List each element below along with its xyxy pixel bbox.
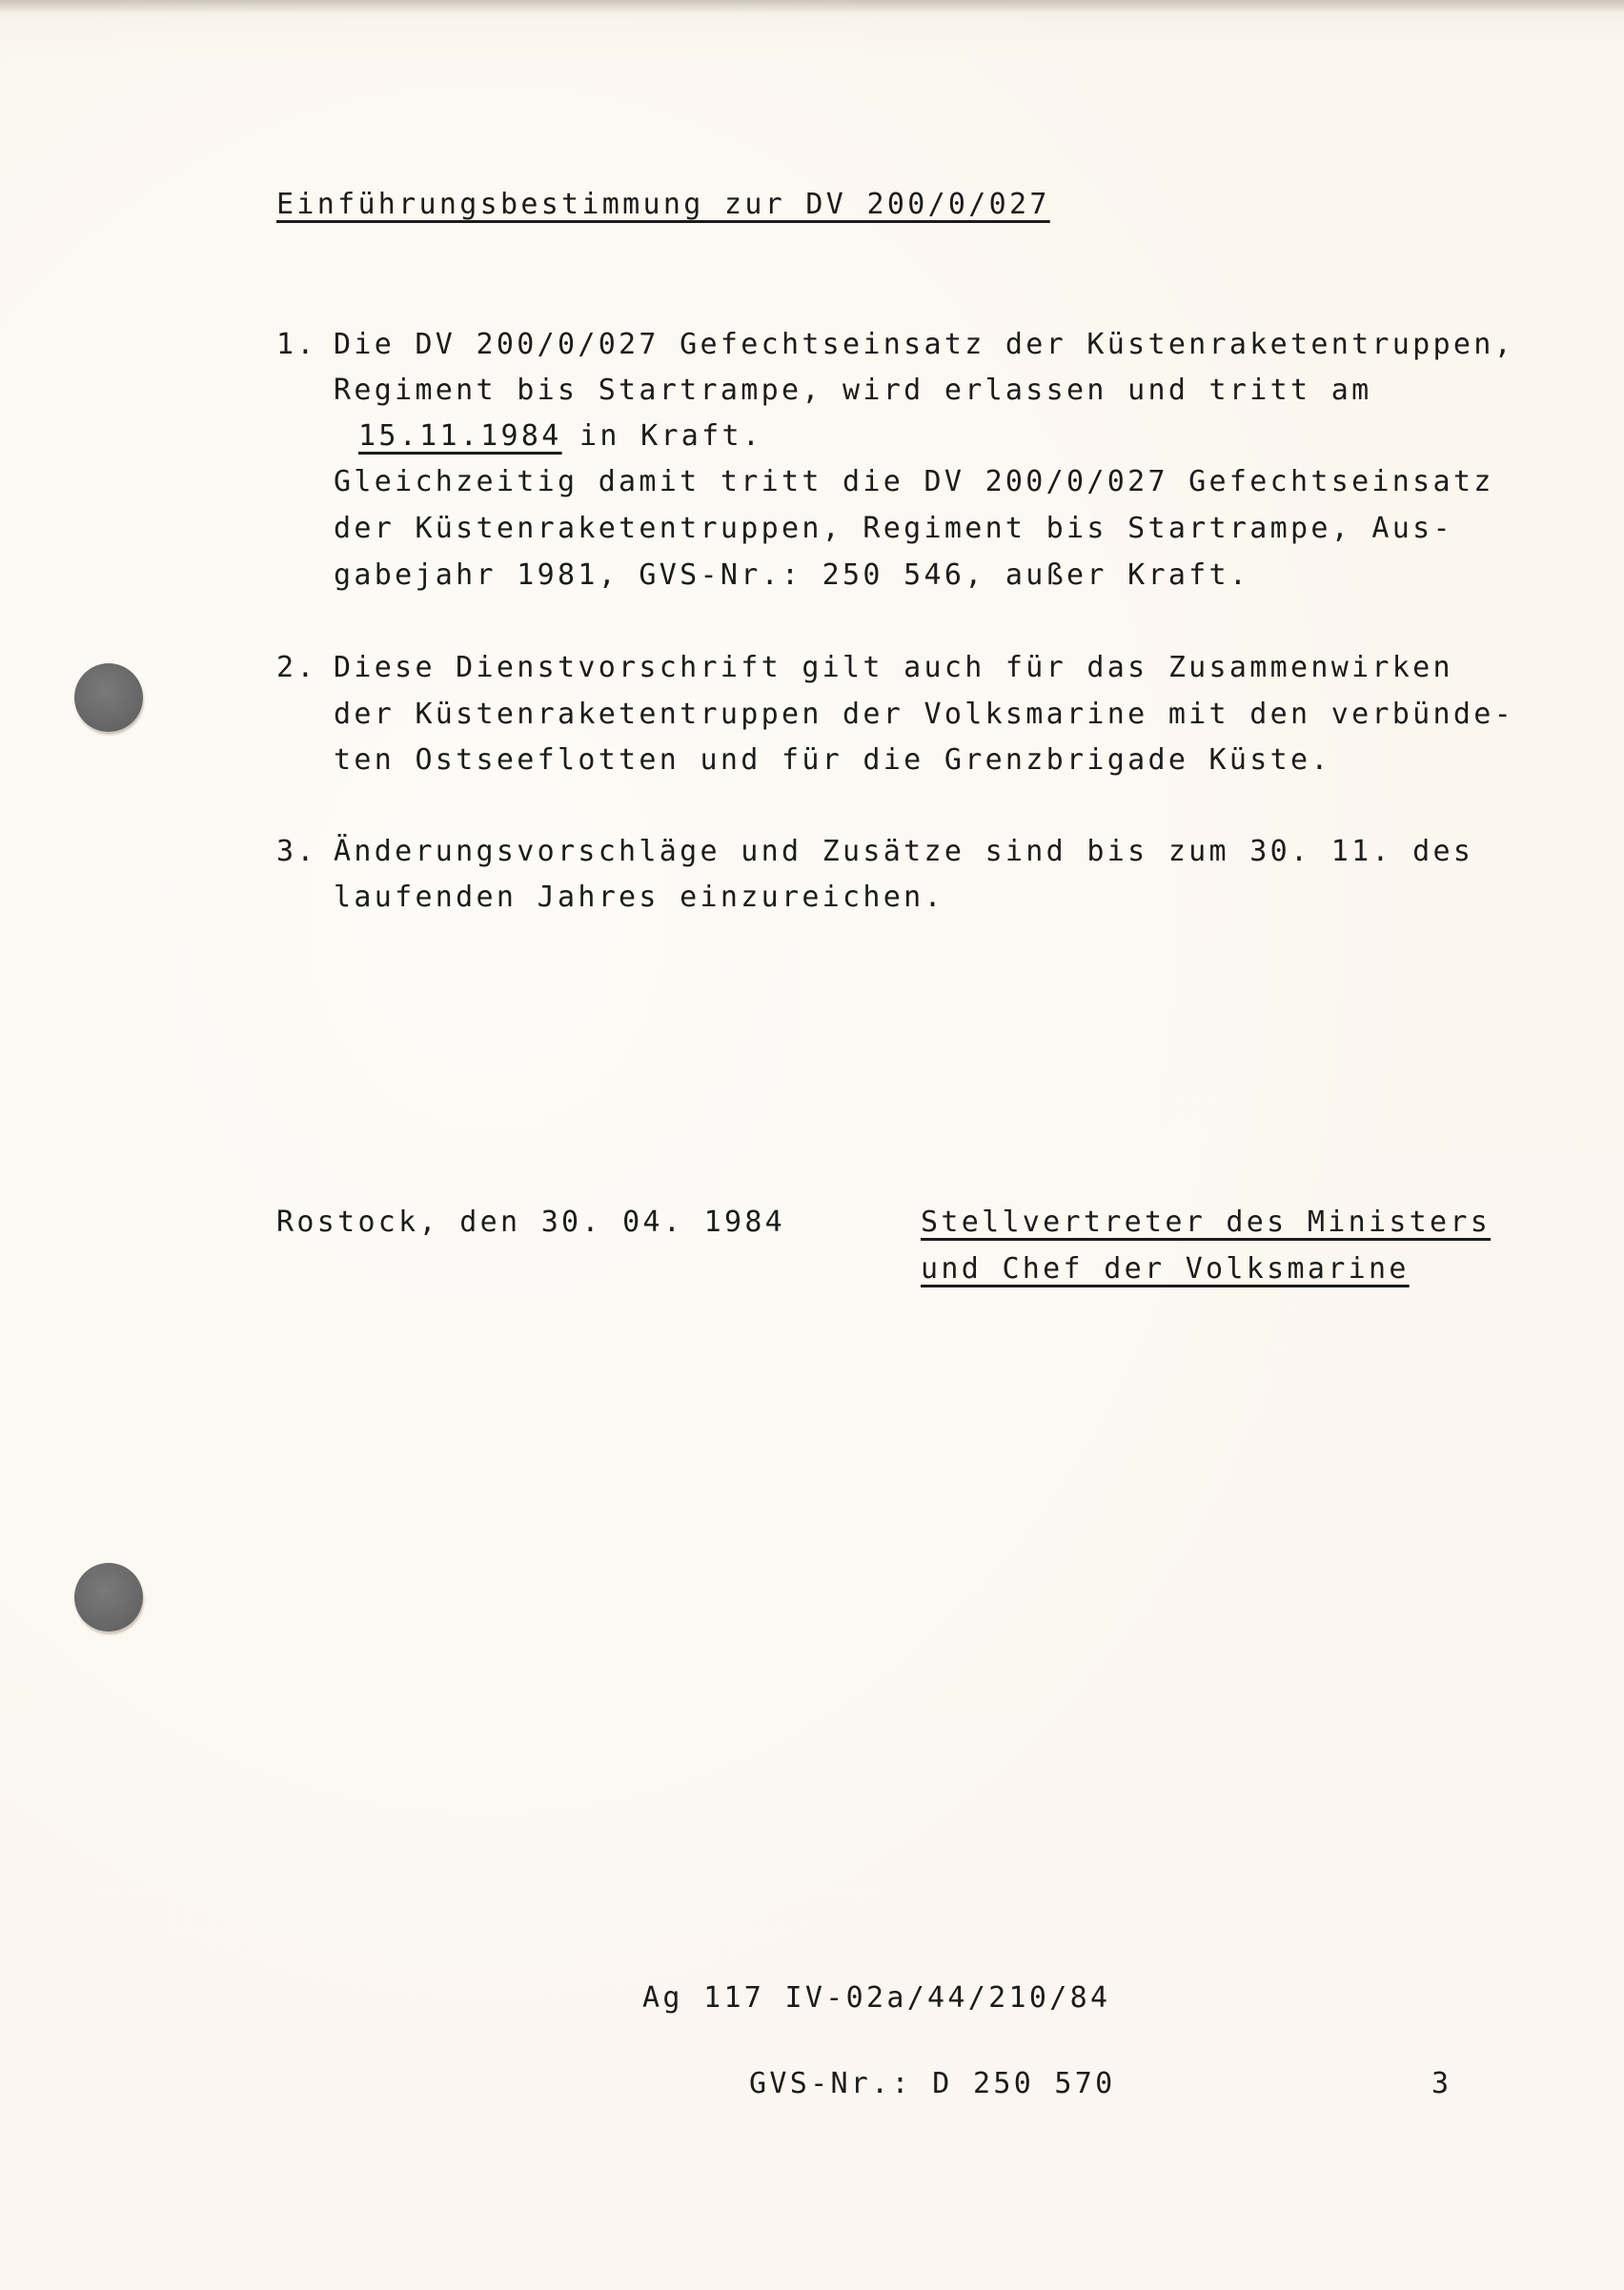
item-text-line: in Kraft. [579, 422, 762, 451]
effective-date: 15.11.1984 [358, 422, 562, 451]
item-text-line: der Küstenraketentruppen der Volksmarine… [334, 700, 1514, 729]
item-text-line: Gleichzeitig damit tritt die DV 200/0/02… [334, 468, 1494, 497]
punch-hole-icon [74, 663, 143, 732]
item-text-line: der Küstenraketentruppen, Regiment bis S… [334, 515, 1453, 543]
signatory-line: Stellvertreter des Ministers [921, 1208, 1491, 1237]
item-number: 3. [276, 838, 317, 866]
item-text-line: Regiment bis Startrampe, wird erlassen u… [334, 376, 1371, 405]
classification-number: GVS-Nr.: D 250 570 [749, 2070, 1116, 2098]
page-number: 3 [1431, 2070, 1451, 2098]
page-edge-shadow [0, 0, 1624, 13]
item-text-line: laufenden Jahres einzureichen. [334, 883, 944, 912]
item-text-line: Änderungsvorschläge und Zusätze sind bis… [334, 838, 1473, 866]
punch-hole-icon [74, 1563, 143, 1631]
place-date: Rostock, den 30. 04. 1984 [276, 1208, 785, 1237]
signatory-line: und Chef der Volksmarine [921, 1255, 1410, 1284]
item-number: 2. [276, 654, 317, 682]
item-text-line: Diese Dienstvorschrift gilt auch für das… [334, 654, 1453, 682]
item-text-line: ten Ostseeflotten und für die Grenzbriga… [334, 746, 1331, 775]
item-number: 1. [276, 331, 317, 359]
item-text-line: gabejahr 1981, GVS-Nr.: 250 546, außer K… [334, 561, 1249, 590]
item-text-line: Die DV 200/0/027 Gefechtseinsatz der Küs… [334, 331, 1514, 359]
document-title: Einführungsbestimmung zur DV 200/0/027 [276, 191, 1050, 219]
reference-number: Ag 117 IV-02a/44/210/84 [642, 1984, 1110, 2013]
